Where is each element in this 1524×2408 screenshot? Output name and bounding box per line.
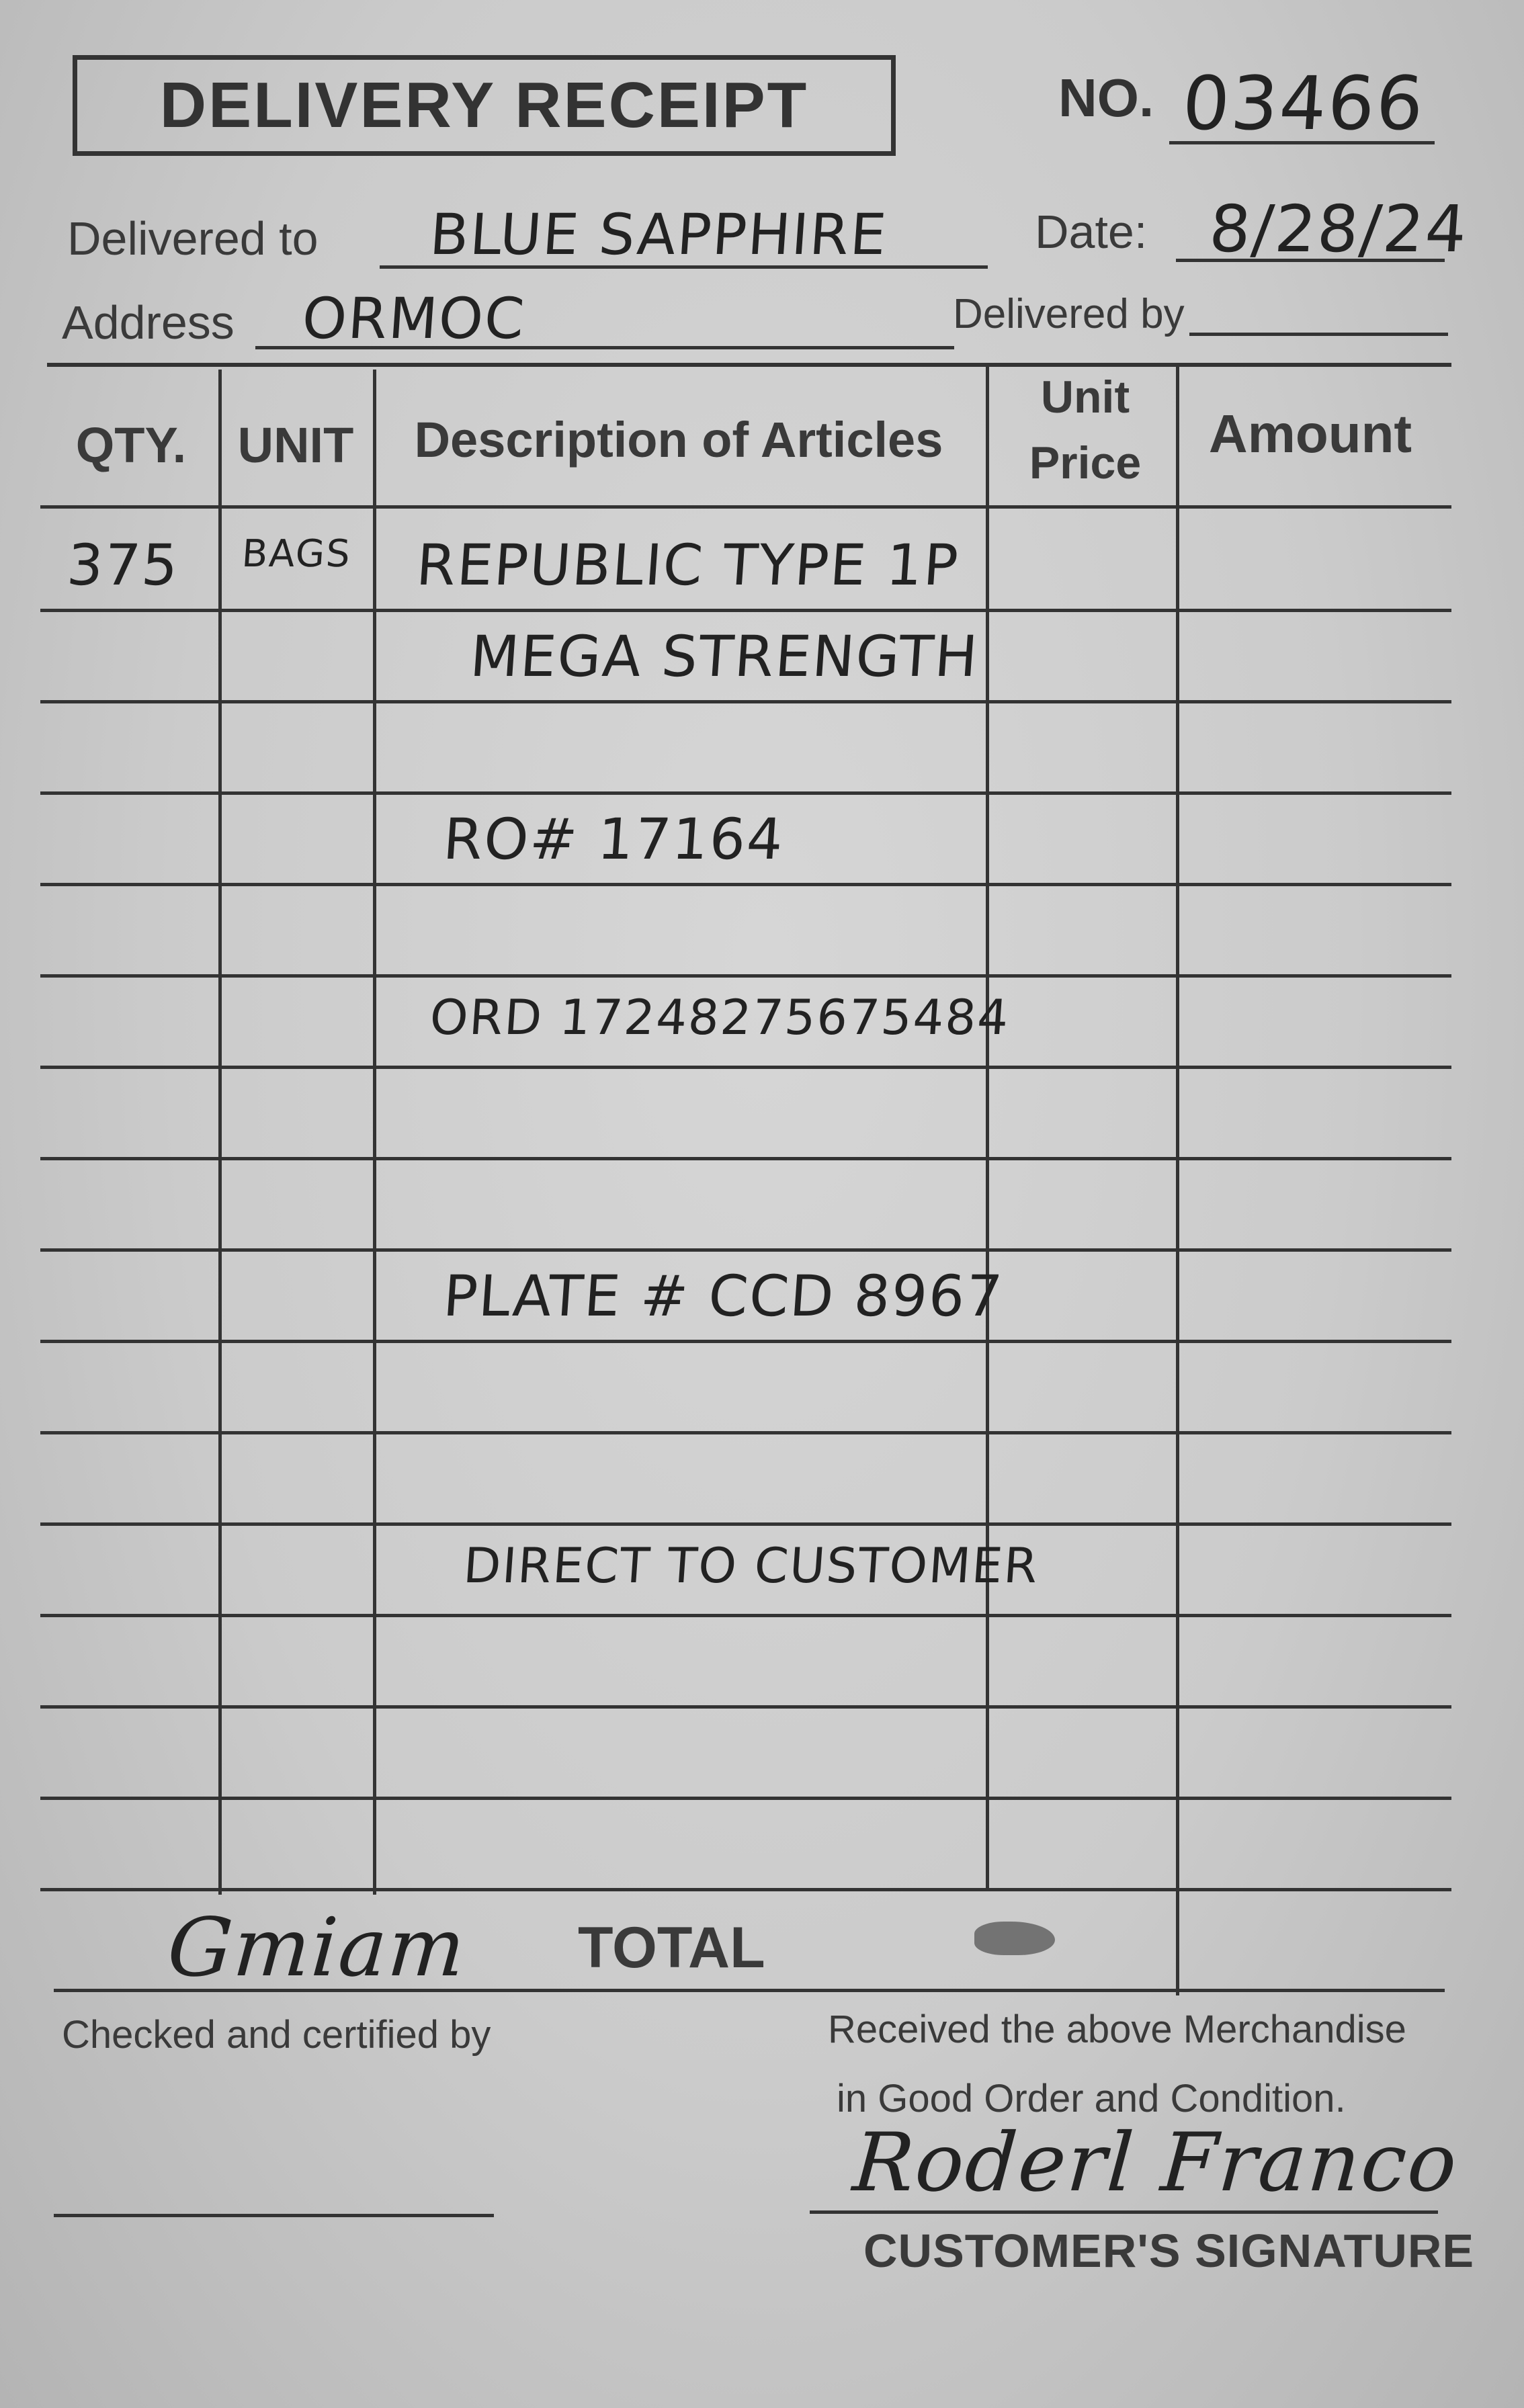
date-label: Date:	[1035, 205, 1147, 259]
delivered-by-label: Delivered by	[953, 290, 1185, 338]
delivered-by-line	[1189, 333, 1448, 336]
row-divider	[40, 609, 1451, 612]
header-amount: Amount	[1183, 403, 1438, 465]
row-divider	[40, 974, 1451, 978]
row-divider	[40, 791, 1451, 795]
row-divider	[40, 700, 1451, 703]
row-description[interactable]: REPUBLIC TYPE 1P	[415, 532, 962, 598]
row-divider	[40, 1888, 1451, 1891]
row-description[interactable]: PLATE # CCD 8967	[441, 1263, 1006, 1329]
title-text: DELIVERY RECEIPT	[160, 69, 809, 142]
row-description[interactable]: RO# 17164	[441, 806, 787, 872]
number-label: NO.	[1058, 67, 1154, 129]
row-unit[interactable]: BAGS	[241, 532, 353, 576]
total-label: TOTAL	[578, 1915, 765, 1981]
header-description: Description of Articles	[376, 411, 981, 468]
customer-signature-line[interactable]	[810, 2210, 1438, 2214]
row-divider	[40, 1431, 1451, 1434]
row-divider	[40, 505, 1451, 509]
date-value[interactable]: 8/28/24	[1207, 191, 1470, 267]
checked-by-signature: Gmiam	[165, 1901, 469, 1995]
header-unit: UNIT	[225, 417, 366, 474]
customer-signature-label: CUSTOMER'S SIGNATURE	[863, 2224, 1474, 2278]
column-divider	[373, 370, 376, 1895]
row-divider	[40, 1066, 1451, 1069]
received-line-1: Received the above Merchandise	[828, 2007, 1406, 2052]
row-divider	[40, 1340, 1451, 1343]
row-divider	[40, 1705, 1451, 1709]
address-value[interactable]: ORMOC	[300, 286, 528, 351]
received-line-2: in Good Order and Condition.	[837, 2076, 1346, 2121]
checked-by-label: Checked and certified by	[62, 2012, 491, 2057]
address-line	[255, 346, 954, 349]
row-divider	[40, 1248, 1451, 1252]
row-divider	[40, 883, 1451, 886]
header-unit-price-2: Price	[991, 437, 1179, 489]
delivered-to-label: Delivered to	[67, 212, 319, 265]
row-divider	[40, 1522, 1451, 1526]
column-divider	[218, 370, 222, 1895]
row-divider	[40, 1614, 1451, 1617]
header-qty: QTY.	[64, 417, 198, 474]
delivered-to-value[interactable]: BLUE SAPPHIRE	[428, 202, 890, 267]
row-description[interactable]: MEGA STRENGTH	[468, 623, 981, 689]
address-label: Address	[62, 296, 235, 349]
column-divider	[1176, 363, 1179, 1995]
row-description[interactable]: ORD 17248275675484	[428, 989, 1011, 1045]
row-description[interactable]: DIRECT TO CUSTOMER	[462, 1537, 1041, 1594]
header-unit-price-1: Unit	[991, 371, 1179, 423]
checked-by-line[interactable]	[54, 2214, 494, 2217]
number-underline	[1169, 141, 1435, 144]
table-top-border	[47, 363, 1451, 367]
document-title: DELIVERY RECEIPT	[73, 55, 896, 156]
row-divider	[40, 1797, 1451, 1800]
row-qty[interactable]: 375	[65, 532, 181, 598]
receipt-number: 03466	[1180, 60, 1428, 146]
row-divider	[40, 1157, 1451, 1160]
total-scribble	[974, 1922, 1055, 1955]
customer-signature: Roderl Franco	[850, 2116, 1461, 2210]
delivered-to-line	[380, 265, 988, 269]
column-divider	[986, 363, 989, 1888]
date-line	[1176, 259, 1445, 262]
